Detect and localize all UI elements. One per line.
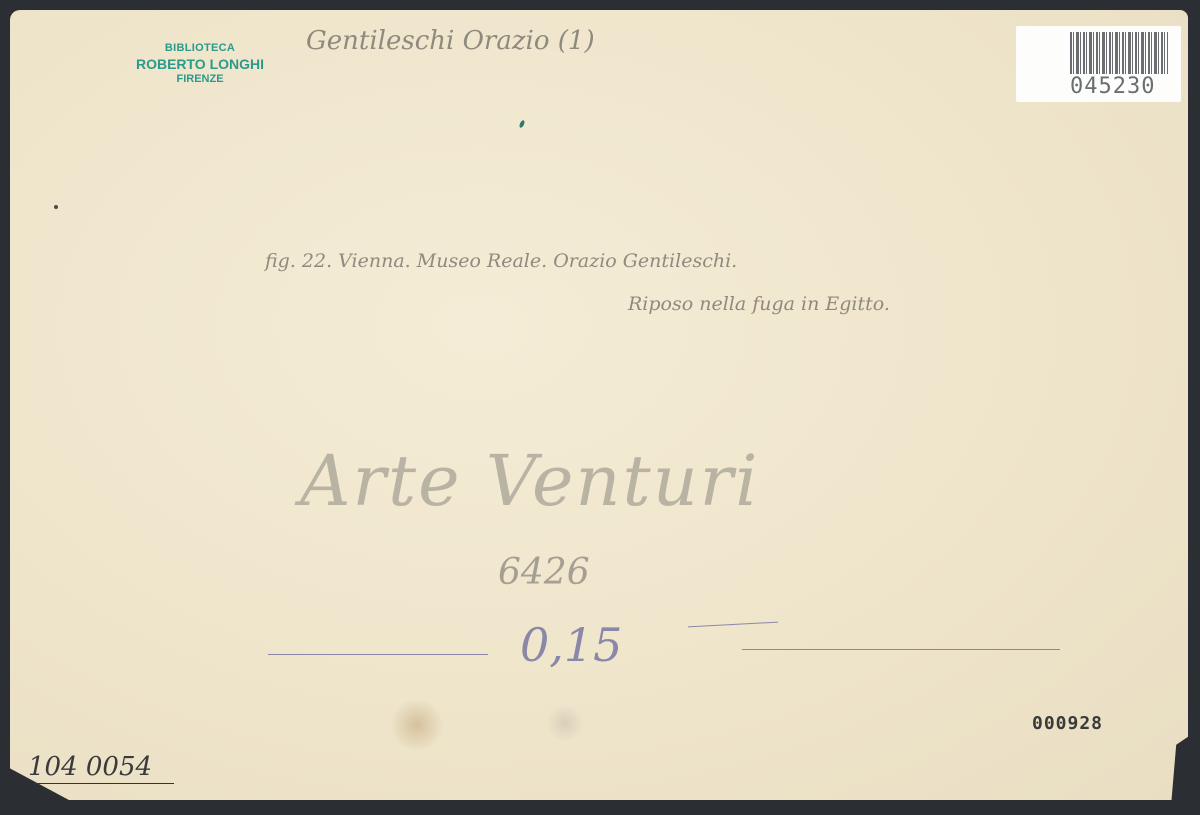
pencil-price: 0,15: [520, 618, 622, 672]
price-rule-right: [742, 649, 1060, 650]
photo-card-back: [10, 10, 1188, 800]
price-rule-left: [268, 654, 488, 655]
serial-number: 000928: [1032, 713, 1103, 734]
library-stamp: BIBLIOTECA ROBERTO LONGHI FIRENZE: [120, 42, 280, 87]
caption-line-1: fig. 22. Vienna. Museo Reale. Orazio Gen…: [265, 250, 737, 272]
caption-line-2: Riposo nella fuga in Egitto.: [628, 293, 890, 315]
stamp-line-3: FIRENZE: [120, 73, 280, 87]
pencil-source: Arte Venturi: [300, 440, 760, 522]
barcode-label: 045230: [1016, 26, 1181, 102]
stamp-line-1: BIBLIOTECA: [120, 42, 280, 56]
inventory-underline: [34, 783, 174, 784]
foxing-stain: [388, 700, 446, 750]
header-note: Gentileschi Orazio (1): [306, 26, 595, 56]
stamp-line-2: ROBERTO LONGHI: [120, 56, 280, 74]
barcode-bars: [1070, 32, 1168, 74]
faint-stain: [545, 705, 585, 741]
inventory-number: 104 0054: [28, 752, 152, 782]
mark-dot: [54, 205, 58, 209]
pencil-number: 6426: [498, 552, 590, 593]
barcode-number: 045230: [1070, 74, 1170, 99]
